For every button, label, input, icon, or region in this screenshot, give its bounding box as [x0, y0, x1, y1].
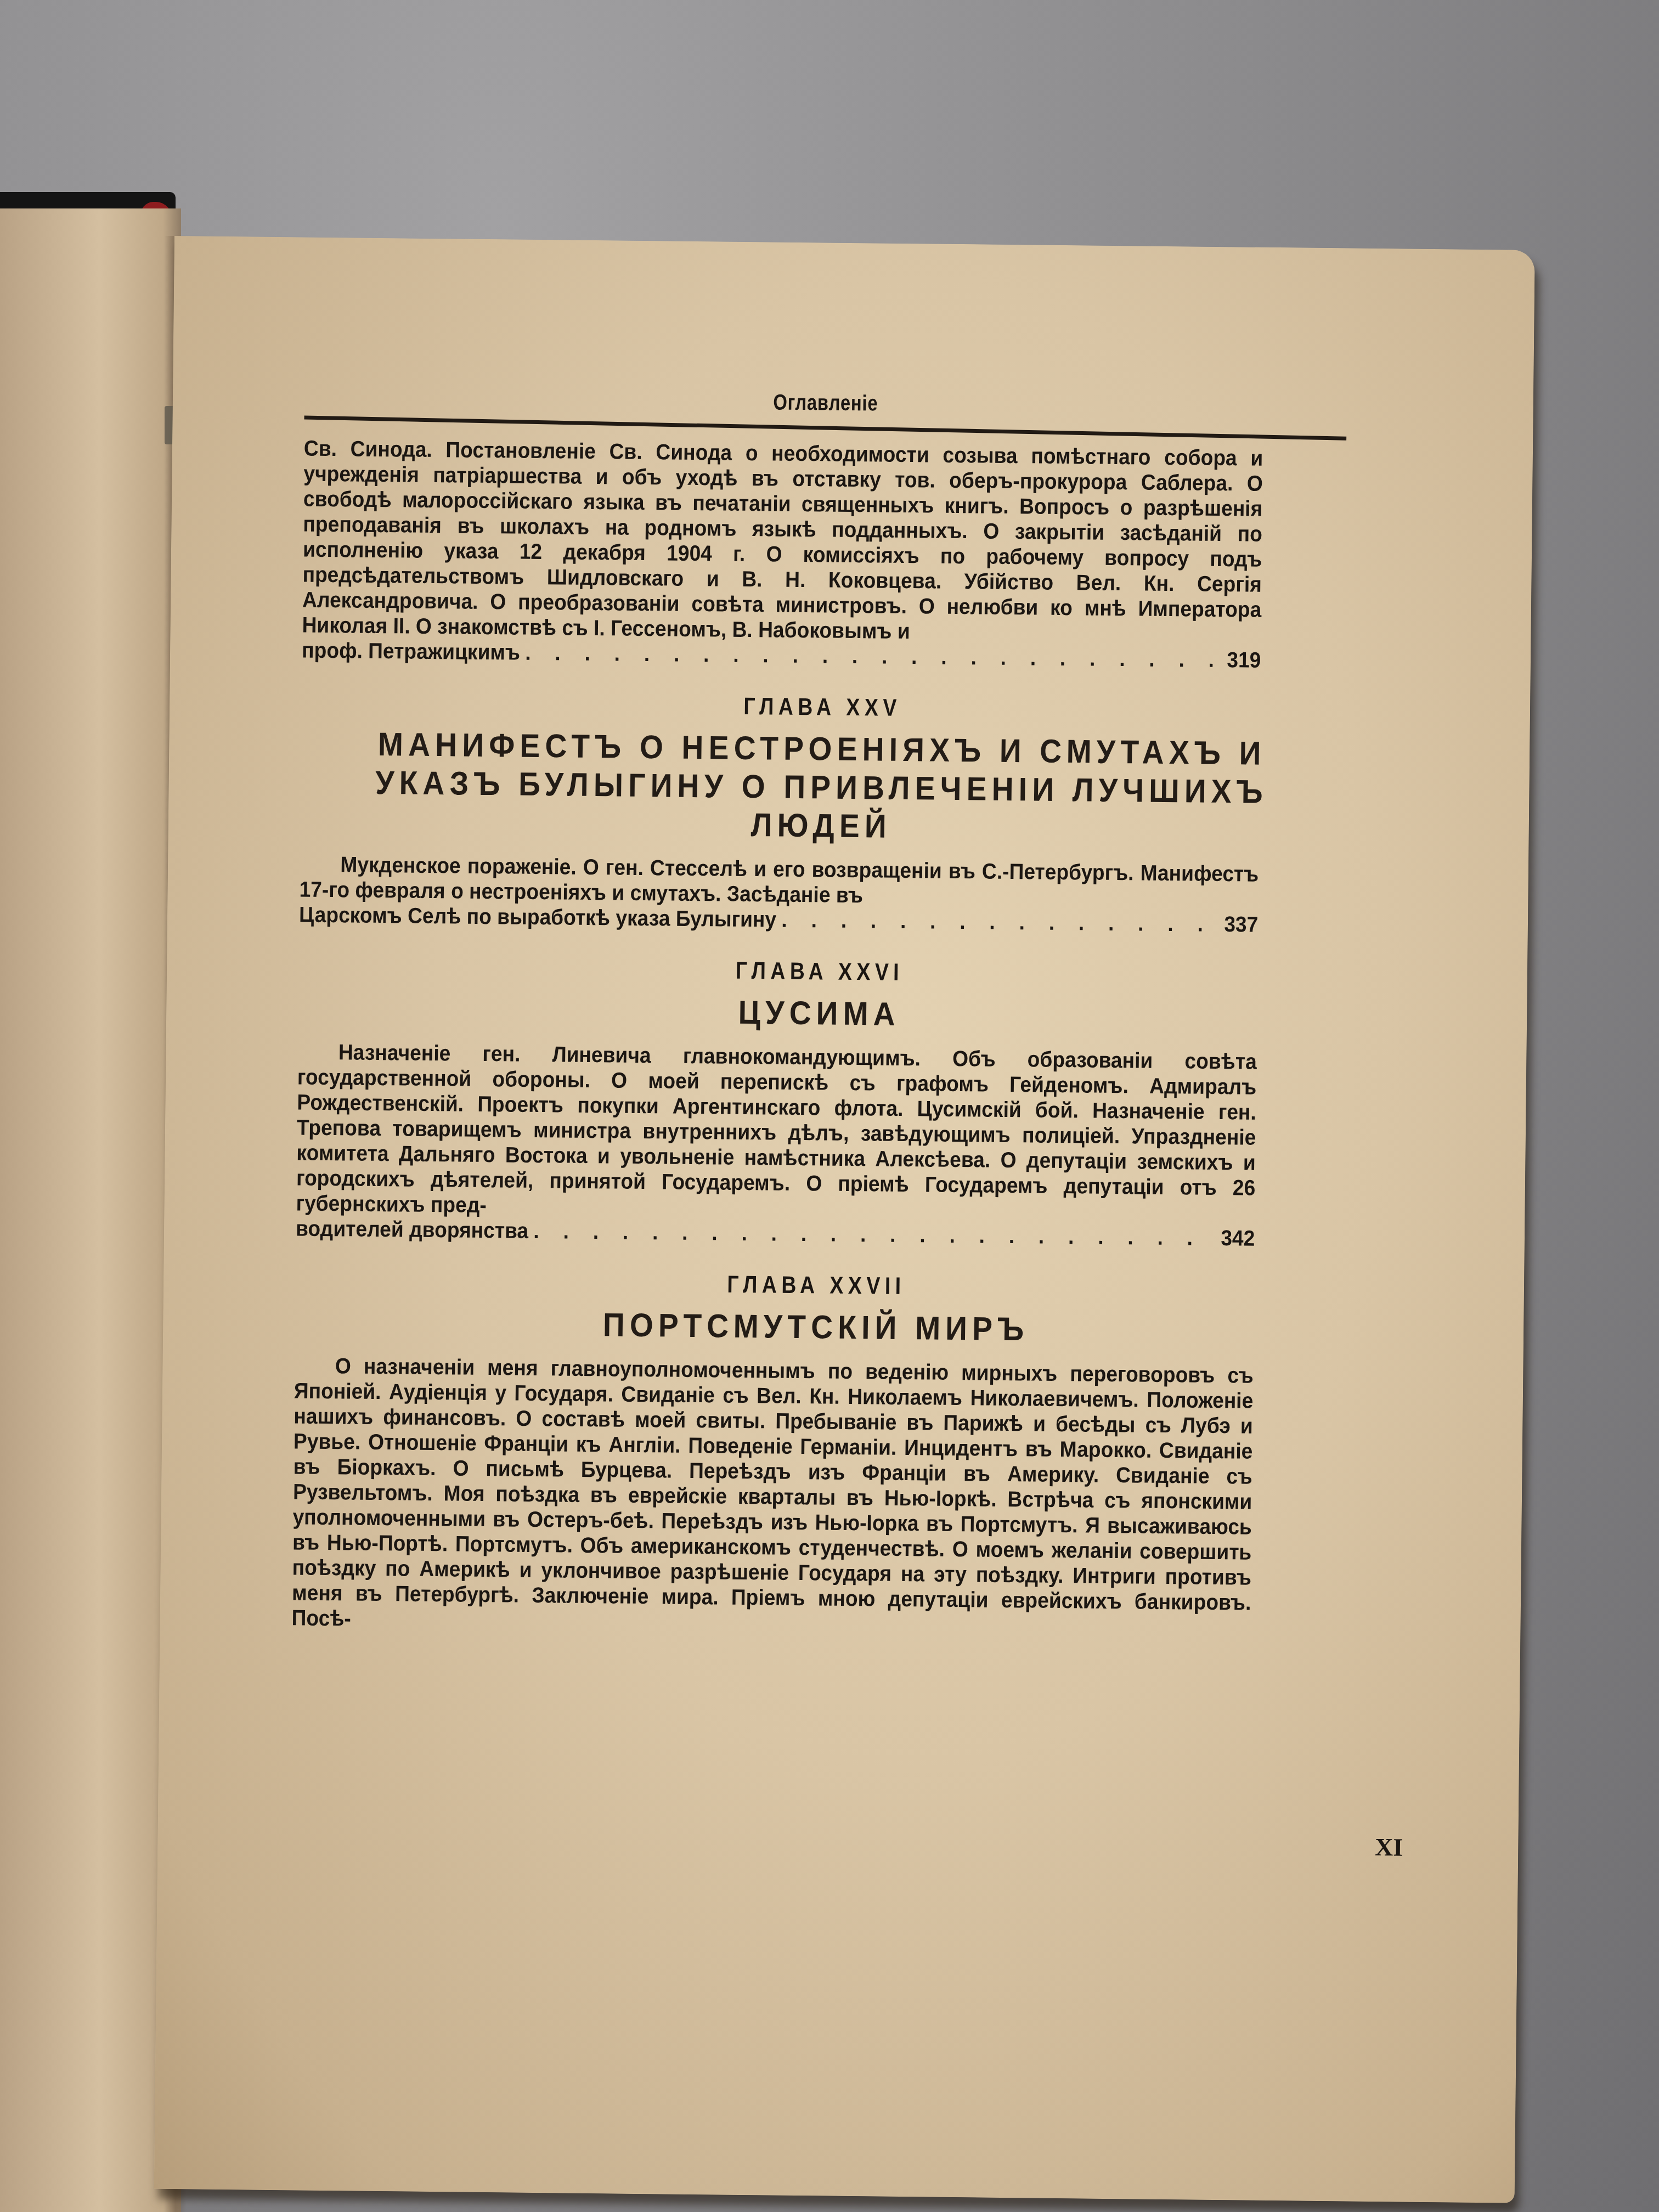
chapter-summary: Назначеніе ген. Линевича главнокомандующ…: [296, 1039, 1257, 1226]
chapter-title: ЦУСИМА: [340, 989, 1299, 1037]
book-page: Оглавленіе Св. Синода. Постановленіе Св.…: [154, 236, 1535, 2203]
entry-text: Св. Синода. Постановленіе Св. Синода о н…: [302, 436, 1263, 644]
entry-last-line: Царскомъ Селѣ по выработкѣ указа Булыгин…: [299, 902, 777, 932]
entry-last-line: проф. Петражицкимъ: [302, 637, 520, 665]
entry-last-line: водителей дворянства: [296, 1216, 529, 1243]
page-number: 342: [1221, 1226, 1255, 1251]
left-page-edge: [0, 208, 181, 2212]
toc-entry-continued: Св. Синода. Постановленіе Св. Синода о н…: [302, 436, 1263, 647]
chapter-summary: О назначеніи меня главноуполномоченнымъ …: [291, 1353, 1254, 1640]
page-number: 337: [1224, 912, 1259, 938]
page-number: 319: [1227, 647, 1261, 673]
chapter-title: МАНИФЕСТЪ О НЕСТРОЕНІЯХЪ И СМУТАХЪ И УКА…: [341, 725, 1301, 850]
chapter-title: ПОРТСМУТСКІЙ МИРЪ: [336, 1303, 1296, 1351]
chapter-label: ГЛАВА XXV: [379, 689, 1265, 726]
leader-dots: . . . . . . . . . . . . . . . . . . . . …: [781, 907, 1219, 937]
chapter-label: ГЛАВА XXVI: [376, 953, 1262, 990]
chapter-label: ГЛАВА XXVII: [373, 1267, 1259, 1304]
table-of-contents: Оглавленіе Св. Синода. Постановленіе Св.…: [291, 385, 1347, 1641]
page-folio: XI: [1375, 1832, 1403, 1862]
running-head: Оглавленіе: [398, 386, 1253, 420]
